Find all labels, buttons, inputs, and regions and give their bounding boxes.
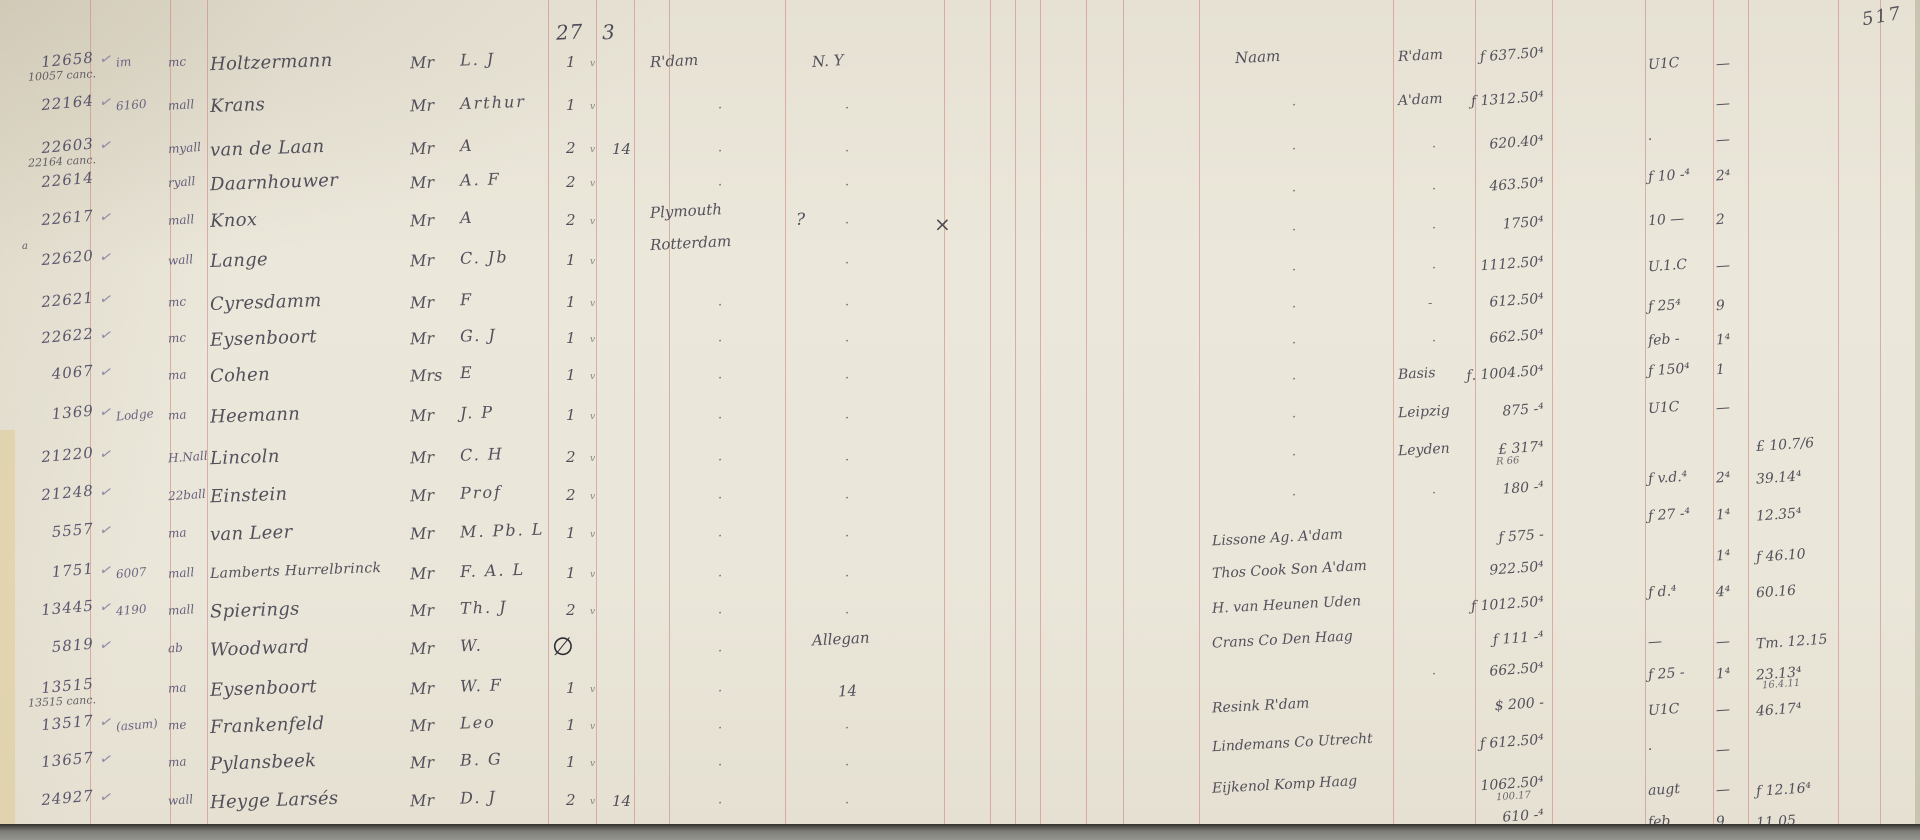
payment-code: ƒ 25 - [1647,665,1685,684]
class-code: wall [168,792,194,808]
record-number-note: a [22,241,28,252]
naam-ditto: · [1292,184,1296,199]
passenger-title: Mr [410,486,435,506]
record-number: 22617 [13,207,94,232]
count-tick: v [590,685,595,695]
passenger-surname: Eysenboort [210,676,317,701]
fare-amount: $ 200 - [1452,695,1545,717]
from-ditto: · [718,178,722,193]
from-ditto: · [718,796,722,811]
destination-place: 14 [838,682,858,701]
to-ditto: · [845,758,849,773]
payment-code: ƒ 27 -⁴ [1647,506,1690,525]
class-code: ma [168,367,187,382]
passenger-title: Mr [410,524,435,544]
payment-flag: 1⁴ [1715,666,1731,683]
passenger-initials: Leo [460,712,496,732]
passenger-initials: C. Jb [460,247,509,268]
red-rule [1645,0,1646,824]
payment-flag: — [1715,634,1730,651]
record-number: 13445 [13,597,94,622]
passenger-count: 1 [566,293,576,311]
naam-ditto: · [1292,336,1296,351]
to-ditto: · [845,529,849,544]
check-mark: ✓ [98,749,115,770]
fare-amount-note: 100.17 [1496,790,1532,803]
passenger-count: 1 [566,753,576,771]
to-ditto: · [845,256,849,271]
payment-flag: 1⁴ [1715,548,1731,565]
naam-ditto: · [1292,223,1296,238]
count-tick: v [590,607,595,617]
payment-amount: 46.17⁴ [1755,700,1802,719]
payment-code: augt [1647,781,1680,799]
red-rule [1040,0,1041,824]
passenger-title: Mr [410,406,435,426]
departure-place: Rotterdam [650,232,732,254]
margin-code: Lodge [115,406,154,423]
passenger-initials: A [460,208,474,227]
red-rule [785,0,786,824]
count-tick: v [590,335,595,345]
margin-code: 4190 [115,602,147,619]
naam-ditto: · [1292,98,1296,113]
payment-flag: — [1715,258,1730,275]
red-rule [1199,0,1200,824]
passenger-count: 2 [566,211,576,229]
count-tick: v [590,102,595,112]
payment-flag: 9 [1715,298,1725,315]
red-rule [1393,0,1394,824]
passenger-count: 2 [566,601,576,619]
record-number: 22621 [13,289,94,314]
class-code: ma [168,407,187,422]
class-code: ab [168,640,184,655]
class-code: mall [168,565,195,581]
booking-agent: Resink R'dam [1212,695,1310,716]
margin-code: im [115,54,131,69]
passenger-initials: J. P [460,402,495,422]
passenger-initials: Arthur [460,92,527,113]
from-ditto: · [718,758,722,773]
fare-amount: 180 -⁴ [1452,479,1545,501]
passenger-count: 1 [566,366,576,384]
passenger-surname: Knox [210,209,258,232]
count-tick: v [590,722,595,732]
agent-ditto: · [1432,486,1436,501]
payment-code: 10 — [1647,211,1684,229]
fare-amount: 463.50⁴ [1452,175,1545,197]
payment-amount: 12.35⁴ [1755,505,1802,524]
fare-amount: 662.50⁴ [1452,327,1545,349]
class-code: ma [168,680,187,695]
booking-agent: R'dam [1398,47,1444,65]
passenger-initials: C. H [460,444,504,465]
passenger-surname: Heemann [210,403,301,427]
passenger-surname: Pylansbeek [210,750,317,775]
class-code: ryall [168,174,196,190]
count-tick: v [590,570,595,580]
booking-agent: Lissone Ag. A'dam [1212,527,1344,550]
payment-flag: 2⁴ [1715,470,1731,487]
count-tick: v [590,492,595,502]
passenger-title: Mr [410,173,435,193]
passenger-initials: G. J [460,325,497,345]
fare-amount-note: R 66 [1496,455,1520,468]
passenger-count: 1 [566,716,576,734]
payment-code: — [1647,634,1662,651]
check-mark: ✓ [98,520,115,541]
passenger-initials: F. A. L [460,560,526,581]
fare-amount: ƒ 1312.50⁴ [1452,89,1545,111]
payment-code: U.1.C [1647,257,1687,276]
passenger-surname: Daarnhouwer [210,170,339,195]
passenger-surname: Eysenboort [210,326,317,351]
fare-amount: ƒ 612.50⁴ [1452,732,1545,754]
passenger-count-extra: 14 [612,140,631,158]
class-code: wall [168,252,194,268]
fare-amount: ƒ. 1004.50⁴ [1452,363,1545,385]
class-code: mc [168,294,187,309]
passenger-count: 1 [566,96,576,114]
agent-ditto: · [1432,261,1436,276]
payment-flag: — [1715,132,1730,149]
passenger-title: Mr [410,753,435,773]
from-ditto: · [718,371,722,386]
from-ditto: · [718,334,722,349]
passenger-count: 1 [566,251,576,269]
passenger-count: 1 [566,679,576,697]
passenger-count: 2 [566,448,576,466]
passenger-count: 1 [566,329,576,347]
class-code: mall [168,602,195,618]
payment-flag: — [1715,56,1730,73]
from-ditto: · [718,684,722,699]
check-mark: ✓ [98,635,115,656]
class-code: myall [168,140,202,156]
count-tick: v [590,412,595,422]
to-ditto: · [845,721,849,736]
from-ditto: · [718,644,722,659]
naam-ditto: · [1292,300,1296,315]
record-number: 22164 [13,92,94,117]
from-ditto: · [718,569,722,584]
passenger-title: Mr [410,53,435,73]
passenger-title: Mr [410,251,435,271]
check-mark: ✓ [98,92,115,113]
to-ditto: · [845,298,849,313]
to-ditto: · [845,371,849,386]
payment-flag: — [1715,96,1730,113]
payment-code: ƒ d.⁴ [1647,583,1677,601]
record-number: 22622 [13,325,94,350]
passenger-surname: van Leer [210,522,293,546]
cancelled-number-note: 10057 canc. [28,67,97,84]
red-rule [1713,0,1714,824]
class-code: me [168,717,187,732]
red-rule [1838,0,1839,824]
payment-amount: 39.14⁴ [1755,468,1802,487]
booking-agent: Leipzig [1398,403,1451,422]
red-rule [1123,0,1124,824]
count-tick: v [590,797,595,807]
record-number: 4067 [13,362,94,387]
passenger-title: Mr [410,448,435,468]
agent-ditto: · [1432,140,1436,155]
check-mark: ✓ [98,482,115,503]
fare-amount: ƒ 575 - [1452,527,1545,549]
passenger-count: 2 [566,173,576,191]
booking-agent: H. van Heunen Uden [1212,593,1362,617]
to-ditto: · [845,178,849,193]
from-ditto: · [718,606,722,621]
record-number: 21220 [13,444,94,469]
cancelled-number-note: 13515 canc. [28,693,97,710]
red-rule [1552,0,1553,824]
booking-agent: A'dam [1398,91,1443,109]
passenger-count: 1 [566,524,576,542]
payment-flag: 2 [1715,212,1725,229]
payment-flag: — [1715,742,1730,759]
payment-flag: 1 [1715,362,1725,379]
passenger-surname: Lange [210,249,269,272]
red-rule [990,0,991,824]
count-tick: v [590,179,595,189]
red-rule [1086,0,1087,824]
from-ditto: · [718,144,722,159]
from-ditto: · [718,411,722,426]
check-mark: ✓ [98,402,115,423]
naam-ditto: · [1292,263,1296,278]
payment-code: ƒ 150⁴ [1647,361,1690,380]
payment-code: feb - [1647,331,1680,349]
passenger-initials: B. G [460,749,503,769]
check-mark: ✓ [98,362,115,383]
from-ditto: · [718,529,722,544]
header-date-day: 27 [555,19,584,44]
red-rule [548,0,549,824]
naam-ditto: · [1292,410,1296,425]
passenger-surname: Woodward [210,636,310,660]
void-circle-mark: ∅ [552,632,574,661]
passenger-title: Mr [410,329,435,349]
booking-agent: Leyden [1398,441,1451,460]
payment-flag: 1⁴ [1715,332,1731,349]
destination-place: ? [796,210,805,230]
naam-ditto: · [1292,488,1296,503]
to-ditto: · [845,334,849,349]
count-tick: v [590,217,595,227]
payment-flag: 1⁴ [1715,507,1731,524]
record-number: 13517 [13,712,94,737]
red-rule [634,0,635,824]
departure-place: R'dam [650,51,699,71]
payment-flag: — [1715,400,1730,417]
agent-ditto: · [1432,334,1436,349]
passenger-surname: van de Laan [210,136,325,161]
passenger-initials: D. J [460,787,497,807]
record-number: 22614 [13,169,94,194]
class-code: ma [168,754,187,769]
passenger-title: Mr [410,639,435,659]
passenger-count: 1 [566,564,576,582]
class-code: H.Nall [168,449,208,466]
from-ditto: · [718,721,722,736]
booking-agent: Lindemans Co Utrecht [1212,731,1373,755]
passenger-surname: Krans [210,94,266,117]
class-code: 22ball [168,487,207,504]
passenger-initials: Prof [460,482,503,502]
payment-flag: — [1715,702,1730,719]
red-rule [669,0,670,824]
to-ditto: · [845,491,849,506]
payment-flag: 4⁴ [1715,584,1731,601]
count-tick: v [590,145,595,155]
fare-amount: ƒ 637.50⁴ [1452,45,1545,67]
red-rule [596,0,597,824]
passenger-title: Mr [410,564,435,584]
payment-amount-note: 16.4.11 [1762,678,1801,692]
check-mark: ✓ [98,597,115,618]
header-date-month: 3 [601,20,616,45]
agent-dash: - [1428,296,1432,311]
passenger-count: 2 [566,791,576,809]
payment-code: · [1647,132,1653,148]
from-ditto: · [718,298,722,313]
naam-ditto: · [1292,372,1296,387]
naam-ditto: · [1292,142,1296,157]
cross-mark: × [934,212,951,236]
count-tick: v [590,59,595,69]
payment-code: ƒ v.d.⁴ [1647,469,1687,488]
red-rule [1748,0,1749,824]
paper-right-edge [1915,0,1920,824]
payment-code: ƒ 25⁴ [1647,297,1681,315]
passenger-title: Mr [410,716,435,736]
check-mark: ✓ [98,560,115,581]
check-mark: ✓ [98,325,115,346]
payment-flag: — [1715,782,1730,799]
from-ditto: · [718,101,722,116]
fare-amount: 620.40⁴ [1452,133,1545,155]
payment-code: · [1647,742,1653,758]
check-mark: ✓ [98,712,115,733]
passenger-surname: Holtzermann [210,50,333,75]
payment-code: U1C [1647,701,1679,719]
payment-code: U1C [1647,399,1679,417]
booking-agent: Basis [1398,365,1436,383]
to-ditto: · [845,101,849,116]
from-ditto: · [718,453,722,468]
payment-amount: ƒ 12.16⁴ [1756,780,1812,800]
record-number: 5557 [13,520,94,545]
passenger-surname: Cyresdamm [210,290,322,315]
to-ditto: · [845,453,849,468]
to-ditto: · [845,216,849,231]
payment-amount: 60.16 [1755,583,1796,602]
to-ditto: · [845,796,849,811]
count-tick: v [590,454,595,464]
record-number: 24927 [13,787,94,812]
passenger-count: 1 [566,406,576,424]
agent-ditto: · [1432,182,1436,197]
passenger-title: Mr [410,679,435,699]
class-code: mc [168,330,187,345]
destination-place: Allegan [812,629,870,650]
booking-agent: Crans Co Den Haag [1212,628,1353,651]
passenger-initials: Th. J [460,597,508,618]
passenger-initials: A [460,136,474,155]
payment-code: U1C [1647,55,1679,73]
check-mark: ✓ [98,247,115,268]
class-code: mall [168,97,195,113]
to-ditto: · [845,411,849,426]
check-mark: ✓ [98,289,115,310]
passenger-initials: L. J [460,49,496,69]
record-number: 21248 [13,482,94,507]
passenger-initials: W. F [460,675,504,695]
check-mark: ✓ [98,135,115,156]
passenger-initials: M. Pb. L [460,520,545,542]
class-code: mc [168,54,187,69]
payment-amount: Tm. 12.15 [1756,632,1829,653]
passenger-title: Mr [410,96,435,116]
booking-agent: Thos Cook Son A'dam [1212,558,1368,582]
record-number: 1369 [13,402,94,427]
count-tick: v [590,759,595,769]
fare-amount: 875 -⁴ [1452,401,1545,423]
margin-code: (asum) [115,716,158,734]
to-ditto: · [845,606,849,621]
passenger-title: Mr [410,211,435,231]
red-rule [1880,0,1881,824]
check-mark: ✓ [98,49,115,70]
payment-amount: £ 10.7/6 [1756,435,1815,455]
check-mark: ✓ [98,787,115,808]
passenger-count: 2 [566,486,576,504]
fare-amount: 1750⁴ [1452,214,1545,236]
record-number: 5819 [13,635,94,660]
count-tick: v [590,257,595,267]
passenger-count: 1 [566,53,576,71]
passenger-surname: Lamberts Hurrelbrinck [210,560,382,582]
red-rule [1015,0,1016,824]
passenger-surname: Spierings [210,598,300,622]
payment-flag: 2⁴ [1715,168,1731,185]
margin-code: 6007 [115,565,147,582]
payment-amount: ƒ 46.10 [1756,546,1807,565]
count-tick: v [590,530,595,540]
destination-place: N. Y [812,51,845,71]
fare-amount: ƒ 111 -⁴ [1452,629,1545,651]
margin-code: 6160 [115,97,147,114]
passenger-surname: Lincoln [210,446,280,469]
fare-amount: ƒ 1012.50⁴ [1452,594,1545,616]
red-rule [944,0,945,824]
naam-ditto: · [1292,448,1296,463]
passenger-title: Mrs [410,365,443,385]
scanner-bed-edge [0,824,1920,840]
passenger-surname: Frankenfeld [210,713,325,738]
fare-amount: 612.50⁴ [1452,291,1545,313]
class-code: mall [168,212,195,228]
departure-place: Plymouth [650,200,723,222]
count-tick: v [590,372,595,382]
to-ditto: · [845,569,849,584]
agent-ditto: · [1432,221,1436,236]
fare-amount: 662.50⁴ [1452,660,1545,682]
check-mark: ✓ [98,207,115,228]
